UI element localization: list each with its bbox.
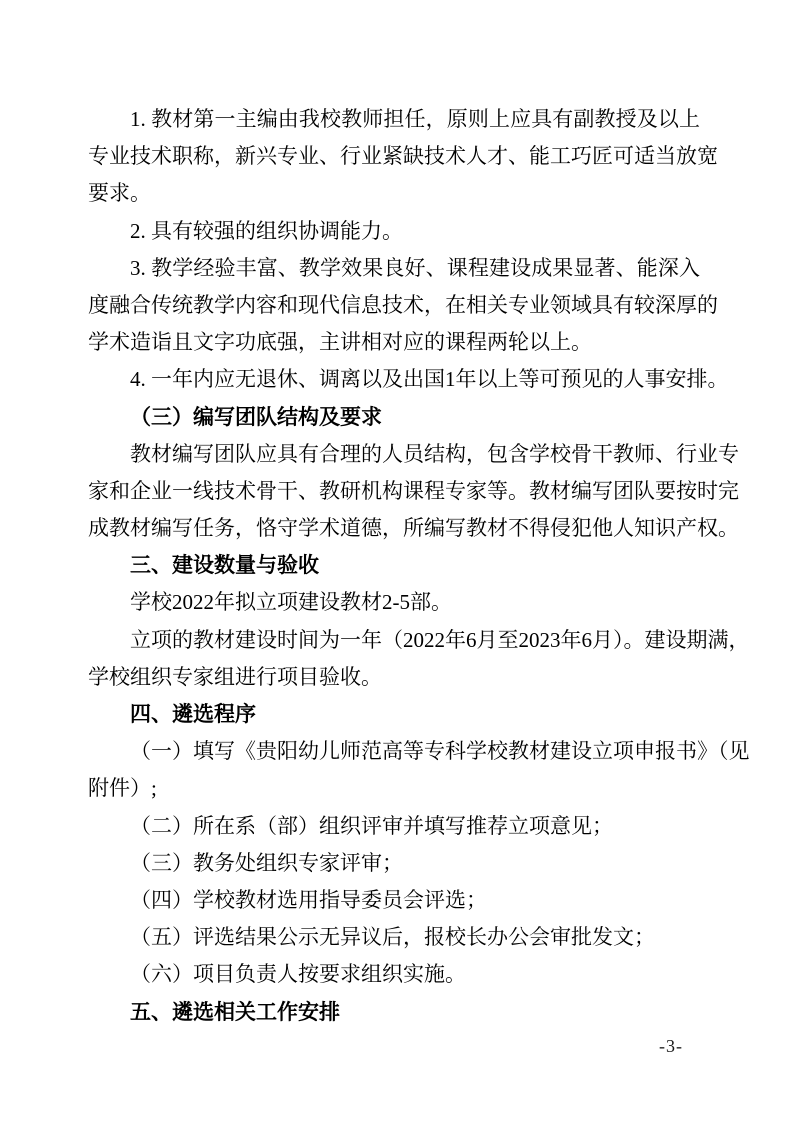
paragraph-line: 立项的教材建设时间为一年（2022年6月至2023年6月）。建设期满， (88, 622, 700, 659)
paragraph-line: 3. 教学经验丰富、教学效果良好、课程建设成果显著、能深入 (88, 250, 700, 287)
paragraph-line: 4. 一年内应无退休、调离以及出国1年以上等可预见的人事安排。 (88, 361, 700, 398)
paragraph-line: 1. 教材第一主编由我校教师担任，原则上应具有副教授及以上 (88, 101, 700, 138)
paragraph-line: 教材编写团队应具有合理的人员结构，包含学校骨干教师、行业专 (88, 436, 700, 473)
section-heading: 三、建设数量与验收 (88, 547, 700, 584)
document-page: 1. 教材第一主编由我校教师担任，原则上应具有副教授及以上 专业技术职称，新兴专… (0, 0, 793, 1121)
paragraph-line: 要求。 (88, 175, 700, 212)
paragraph-line: 学术造诣且文字功底强，主讲相对应的课程两轮以上。 (88, 324, 700, 361)
section-heading: 四、遴选程序 (88, 696, 700, 733)
page-number: -3- (659, 1036, 683, 1057)
section-heading: （三）编写团队结构及要求 (88, 399, 700, 436)
paragraph-line: 学校2022年拟立项建设教材2-5部。 (88, 584, 700, 621)
paragraph-line: 专业技术职称，新兴专业、行业紧缺技术人才、能工巧匠可适当放宽 (88, 138, 700, 175)
paragraph-line: （五）评选结果公示无异议后，报校长办公会审批发文； (88, 919, 700, 956)
paragraph-line: （一）填写《贵阳幼儿师范高等专科学校教材建设立项申报书》（见 (88, 733, 700, 770)
paragraph-line: （四）学校教材选用指导委员会评选； (88, 882, 700, 919)
paragraph-line: （六）项目负责人按要求组织实施。 (88, 956, 700, 993)
paragraph-line: 学校组织专家组进行项目验收。 (88, 659, 700, 696)
paragraph-line: （二）所在系（部）组织评审并填写推荐立项意见； (88, 808, 700, 845)
page-content: 1. 教材第一主编由我校教师担任，原则上应具有副教授及以上 专业技术职称，新兴专… (88, 101, 700, 1031)
paragraph-line: （三）教务处组织专家评审； (88, 845, 700, 882)
paragraph-line: 家和企业一线技术骨干、教研机构课程专家等。教材编写团队要按时完 (88, 473, 700, 510)
paragraph-line: 度融合传统教学内容和现代信息技术，在相关专业领域具有较深厚的 (88, 287, 700, 324)
paragraph-line: 附件）; (88, 770, 700, 807)
paragraph-line: 2. 具有较强的组织协调能力。 (88, 213, 700, 250)
section-heading: 五、遴选相关工作安排 (88, 994, 700, 1031)
paragraph-line: 成教材编写任务，恪守学术道德，所编写教材不得侵犯他人知识产权。 (88, 510, 700, 547)
